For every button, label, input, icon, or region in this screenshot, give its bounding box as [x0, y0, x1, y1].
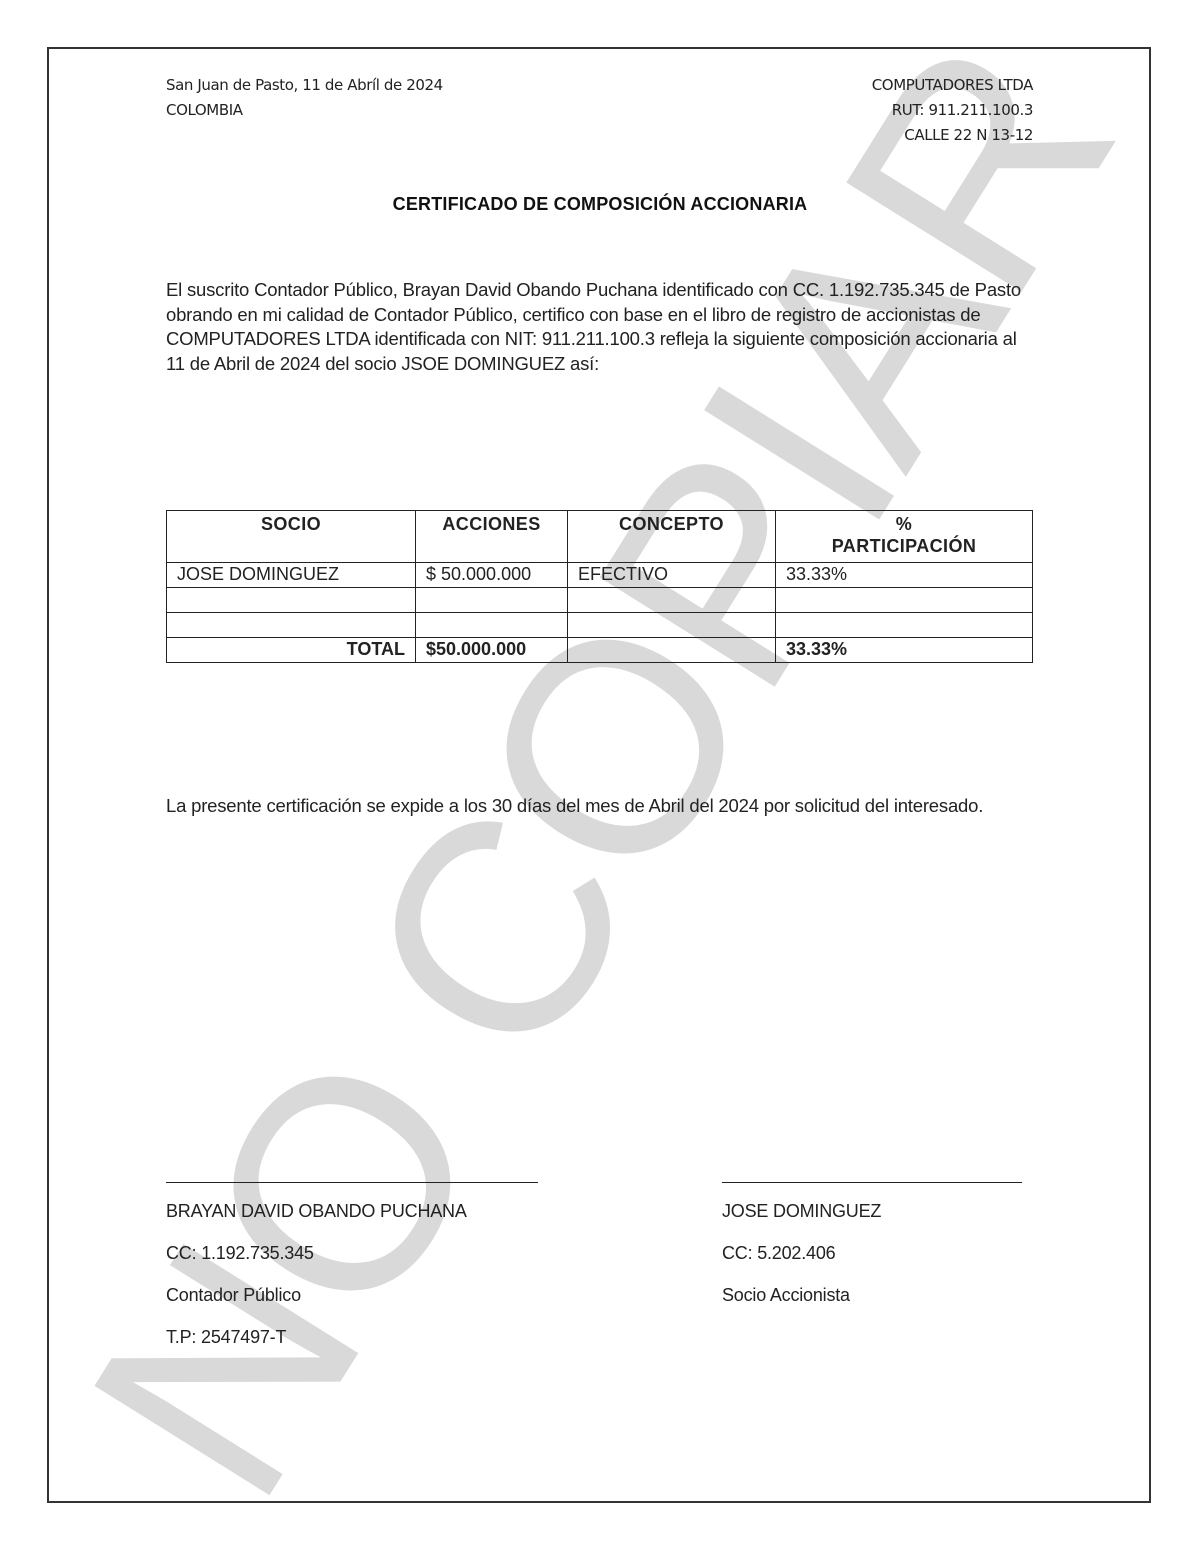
- header-date: San Juan de Pasto, 11 de Abríl de 2024: [166, 73, 443, 98]
- cell-participacion: [776, 588, 1033, 613]
- cell-acciones: [416, 588, 568, 613]
- table-total-row: TOTAL $50.000.000 33.33%: [167, 638, 1033, 663]
- table-row: [167, 588, 1033, 613]
- signer-role: Socio Accionista: [722, 1283, 1022, 1325]
- header-location-date: San Juan de Pasto, 11 de Abríl de 2024 C…: [166, 73, 443, 123]
- company-address: CALLE 22 N 13-12: [872, 123, 1033, 148]
- signer-id: CC: 1.192.735.345: [166, 1241, 538, 1283]
- header-country: COLOMBIA: [166, 98, 443, 123]
- signature-line: [166, 1160, 538, 1183]
- total-concepto: [568, 638, 776, 663]
- signature-line: [722, 1160, 1022, 1183]
- header-participacion: %PARTICIPACIÓN: [776, 511, 1033, 563]
- signer-license: T.P: 2547497-T: [166, 1325, 538, 1367]
- closing-paragraph: La presente certificación se expide a lo…: [166, 794, 1036, 819]
- cell-concepto: [568, 613, 776, 638]
- company-rut: RUT: 911.211.100.3: [872, 98, 1033, 123]
- cell-socio: [167, 588, 416, 613]
- cell-participacion: 33.33%: [776, 563, 1033, 588]
- document-title: CERTIFICADO DE COMPOSICIÓN ACCIONARIA: [0, 194, 1200, 215]
- cell-acciones: $ 50.000.000: [416, 563, 568, 588]
- signature-block-accountant: BRAYAN DAVID OBANDO PUCHANA CC: 1.192.73…: [166, 1160, 538, 1367]
- total-label: TOTAL: [167, 638, 416, 663]
- signer-role: Contador Público: [166, 1283, 538, 1325]
- table-row: JOSE DOMINGUEZ $ 50.000.000 EFECTIVO 33.…: [167, 563, 1033, 588]
- header-company-info: COMPUTADORES LTDA RUT: 911.211.100.3 CAL…: [872, 73, 1033, 148]
- table-row: [167, 613, 1033, 638]
- cell-acciones: [416, 613, 568, 638]
- header-socio: SOCIO: [167, 511, 416, 563]
- total-acciones: $50.000.000: [416, 638, 568, 663]
- total-participacion: 33.33%: [776, 638, 1033, 663]
- signature-block-shareholder: JOSE DOMINGUEZ CC: 5.202.406 Socio Accio…: [722, 1160, 1022, 1325]
- table-header-row: SOCIO ACCIONES CONCEPTO %PARTICIPACIÓN: [167, 511, 1033, 563]
- header-concepto: CONCEPTO: [568, 511, 776, 563]
- document: San Juan de Pasto, 11 de Abríl de 2024 C…: [0, 0, 1200, 1553]
- cell-socio: [167, 613, 416, 638]
- signer-name: BRAYAN DAVID OBANDO PUCHANA: [166, 1199, 538, 1241]
- cell-socio: JOSE DOMINGUEZ: [167, 563, 416, 588]
- cell-concepto: [568, 588, 776, 613]
- header-acciones: ACCIONES: [416, 511, 568, 563]
- header-participacion-label: %PARTICIPACIÓN: [832, 514, 977, 556]
- signer-id: CC: 5.202.406: [722, 1241, 1022, 1283]
- company-name: COMPUTADORES LTDA: [872, 73, 1033, 98]
- signer-name: JOSE DOMINGUEZ: [722, 1199, 1022, 1241]
- cell-concepto: EFECTIVO: [568, 563, 776, 588]
- intro-paragraph: El suscrito Contador Público, Brayan Dav…: [166, 278, 1036, 376]
- shares-table: SOCIO ACCIONES CONCEPTO %PARTICIPACIÓN J…: [166, 510, 1033, 663]
- cell-participacion: [776, 613, 1033, 638]
